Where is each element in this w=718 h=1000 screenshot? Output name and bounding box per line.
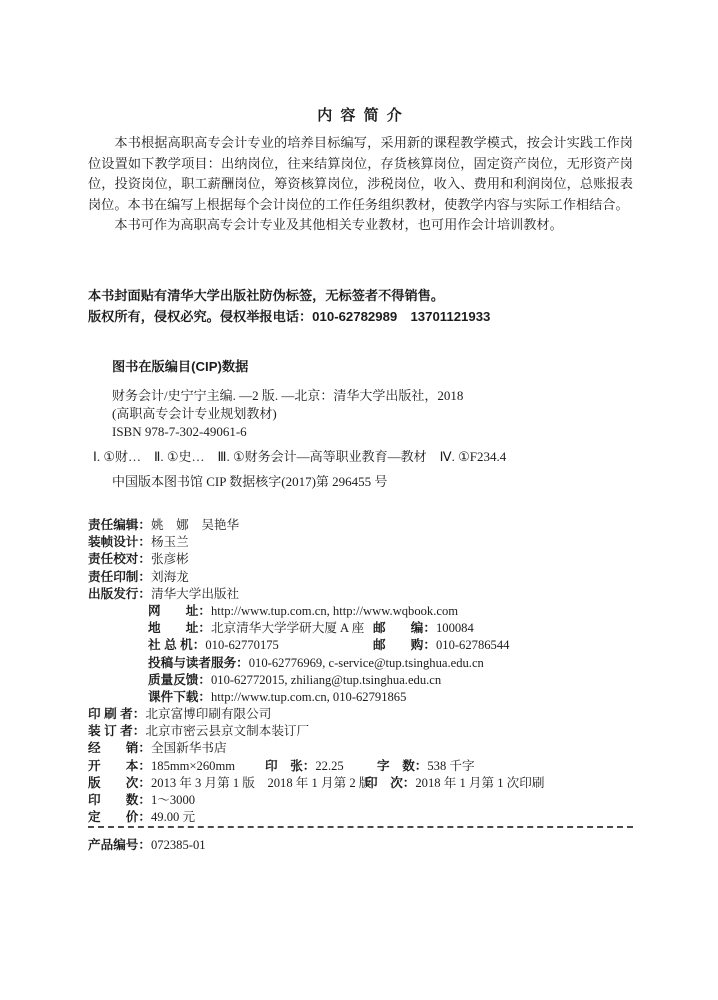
dashed-divider [88, 826, 633, 828]
proofreader-value: 张彦彬 [151, 552, 189, 566]
switchboard-label: 社 总 机： [148, 638, 205, 652]
summary-paragraph-2: 本书可作为高职高专会计专业及其他相关专业教材，也可用作会计培训教材。 [88, 215, 633, 236]
copyright-page: 内 容 简 介 本书根据高职高专会计专业的培养目标编写，采用新的课程教学模式，按… [0, 0, 718, 1000]
impression-pair: 印 次：2018 年 1 月第 1 次印刷 [365, 775, 544, 792]
website-label: 网 址： [148, 604, 211, 618]
impression-label: 印 次： [365, 776, 415, 790]
row-website: 网 址：http://www.tup.com.cn, http://www.wq… [88, 603, 633, 620]
product-code-label: 产品编号： [88, 838, 151, 852]
courseware-label: 课件下载： [148, 690, 211, 704]
postcode-pair: 邮 编：100084 [373, 620, 474, 637]
cip-classification: Ⅰ. ①财… Ⅱ. ①史… Ⅲ. ①财务会计—高等职业教育—教材 Ⅳ. ①F23… [93, 448, 657, 466]
edition-value: 2013 年 3 月第 1 版 2018 年 1 月第 2 版 [151, 776, 371, 790]
address-label: 地 址： [148, 621, 211, 635]
row-distributor: 经 销：全国新华书店 [88, 740, 633, 757]
words-label: 字 数： [377, 759, 427, 773]
distributor-value: 全国新华书店 [151, 741, 227, 755]
quality-feedback-value: 010-62772015, zhiliang@tup.tsinghua.edu.… [211, 673, 441, 687]
row-quality-feedback: 质量反馈：010-62772015, zhiliang@tup.tsinghua… [88, 672, 633, 689]
cip-series-line: (高职高专会计专业规划教材) [112, 405, 657, 423]
row-reader-service: 投稿与读者服务：010-62776969, c-service@tup.tsin… [88, 655, 633, 672]
courseware-value: http://www.tup.com.cn, 010-62791865 [211, 690, 406, 704]
binder-value: 北京市密云县京文制本装订厂 [145, 724, 309, 738]
summary-paragraph-1: 本书根据高职高专会计专业的培养目标编写，采用新的课程教学模式，按会计实践工作岗位… [88, 133, 633, 215]
print-run-value: 1～3000 [151, 793, 195, 807]
sheets-pair: 印 张：22.25 [265, 758, 344, 775]
row-editor: 责任编辑：姚 娜 吴艳华 [88, 517, 633, 534]
print-run-label: 印 数： [88, 793, 151, 807]
row-print-run: 印 数：1～3000 [88, 792, 633, 809]
row-publisher: 出版发行：清华大学出版社 [88, 586, 633, 603]
mailorder-label: 邮 购： [373, 638, 436, 652]
notice-line-2: 版权所有，侵权必究。侵权举报电话：010-62782989 1370112193… [88, 307, 633, 328]
address-value: 北京清华大学学研大厦 A 座 [211, 621, 364, 635]
row-binder: 装 订 者：北京市密云县京文制本装订厂 [88, 723, 633, 740]
editor-label: 责任编辑： [88, 518, 151, 532]
mailorder-pair: 邮 购：010-62786544 [373, 637, 509, 654]
price-value: 49.00 元 [151, 810, 195, 824]
words-pair: 字 数：538 千字 [377, 758, 475, 775]
sheets-value: 22.25 [315, 759, 343, 773]
page-title: 内 容 简 介 [88, 104, 633, 125]
price-label: 定 价： [88, 810, 151, 824]
anti-piracy-notice: 本书封面贴有清华大学出版社防伪标签，无标签者不得销售。 版权所有，侵权必究。侵权… [88, 286, 633, 327]
format-label: 开 本： [88, 759, 151, 773]
print-supervisor-label: 责任印制： [88, 570, 151, 584]
edition-label: 版 次： [88, 776, 151, 790]
binder-label: 装 订 者： [88, 724, 145, 738]
cip-isbn: ISBN 978-7-302-49061-6 [112, 423, 657, 441]
cip-data-block: 图书在版编目(CIP)数据 财务会计/史宁宁主编. —2 版. —北京：清华大学… [88, 356, 657, 491]
reader-service-value: 010-62776969, c-service@tup.tsinghua.edu… [249, 656, 484, 670]
designer-value: 杨玉兰 [151, 535, 189, 549]
proofreader-label: 责任校对： [88, 552, 151, 566]
row-proofreader: 责任校对：张彦彬 [88, 551, 633, 568]
postcode-value: 100084 [436, 621, 474, 635]
designer-label: 装帧设计： [88, 535, 151, 549]
row-edition-impression: 版 次：2013 年 3 月第 1 版 2018 年 1 月第 2 版 印 次：… [88, 775, 633, 792]
row-format-sheets-words: 开 本：185mm×260mm 印 张：22.25 字 数：538 千字 [88, 758, 633, 775]
words-value: 538 千字 [427, 759, 474, 773]
impression-value: 2018 年 1 月第 1 次印刷 [415, 776, 544, 790]
quality-feedback-label: 质量反馈： [148, 673, 211, 687]
sheets-label: 印 张： [265, 759, 315, 773]
row-address-postcode: 地 址：北京清华大学学研大厦 A 座 邮 编：100084 [88, 620, 633, 637]
editor-value: 姚 娜 吴艳华 [151, 518, 239, 532]
row-printer: 印 刷 者：北京富博印刷有限公司 [88, 706, 633, 723]
website-value: http://www.tup.com.cn, http://www.wqbook… [211, 604, 458, 618]
printer-value: 北京富博印刷有限公司 [145, 707, 271, 721]
product-code-value: 072385-01 [151, 838, 206, 852]
row-designer: 装帧设计：杨玉兰 [88, 534, 633, 551]
publisher-label: 出版发行： [88, 587, 151, 601]
cip-edition-line: 财务会计/史宁宁主编. —2 版. —北京：清华大学出版社，2018 [112, 387, 657, 405]
content-summary: 本书根据高职高专会计专业的培养目标编写，采用新的课程教学模式，按会计实践工作岗位… [88, 133, 633, 236]
row-print-supervisor: 责任印制：刘海龙 [88, 569, 633, 586]
reader-service-label: 投稿与读者服务： [148, 656, 249, 670]
row-courseware: 课件下载：http://www.tup.com.cn, 010-62791865 [88, 689, 633, 706]
mailorder-value: 010-62786544 [436, 638, 509, 652]
row-switchboard-mailorder: 社 总 机：010-62770175 邮 购：010-62786544 [88, 637, 633, 654]
print-supervisor-value: 刘海龙 [151, 570, 189, 584]
product-code-row: 产品编号：072385-01 [88, 837, 633, 854]
colophon: 责任编辑：姚 娜 吴艳华 装帧设计：杨玉兰 责任校对：张彦彬 责任印制：刘海龙 … [88, 517, 633, 826]
row-price: 定 价：49.00 元 [88, 809, 633, 826]
cip-heading: 图书在版编目(CIP)数据 [112, 356, 657, 375]
publisher-value: 清华大学出版社 [151, 587, 239, 601]
printer-label: 印 刷 者： [88, 707, 145, 721]
format-value: 185mm×260mm [151, 759, 235, 773]
distributor-label: 经 销： [88, 741, 151, 755]
cip-record-number: 中国版本图书馆 CIP 数据核字(2017)第 296455 号 [112, 473, 657, 491]
switchboard-value: 010-62770175 [205, 638, 278, 652]
postcode-label: 邮 编： [373, 621, 436, 635]
notice-line-1: 本书封面贴有清华大学出版社防伪标签，无标签者不得销售。 [88, 286, 633, 307]
